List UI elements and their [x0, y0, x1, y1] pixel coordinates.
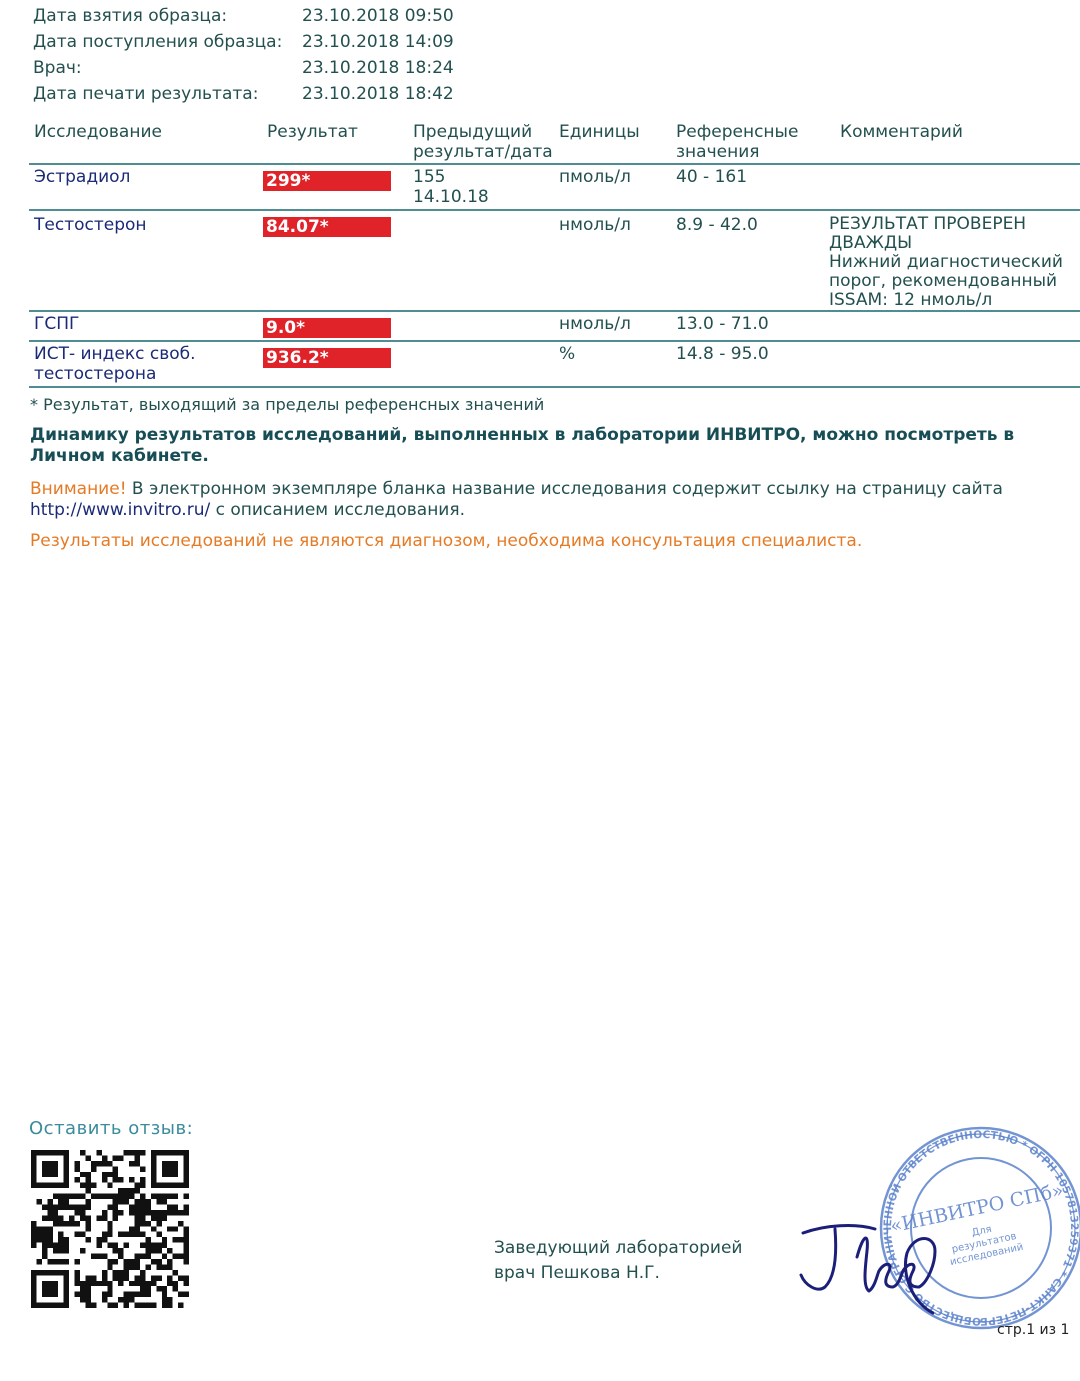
signature-icon: [795, 1195, 975, 1315]
table-header: Исследование Результат Предыдущий резуль…: [29, 119, 1080, 165]
meta-value: 23.10.2018 14:09: [302, 29, 454, 55]
comment-line: ISSAM: 12 нмоль/л: [829, 290, 992, 310]
test-link-free-androgen-index[interactable]: ИСТ- индекс своб. тестостерона: [34, 344, 196, 384]
attention-text: В электронном экземпляре бланка название…: [127, 479, 1003, 499]
header-comment: Комментарий: [840, 122, 963, 142]
result-flag: 936.2*: [263, 348, 391, 368]
page-number: стр.1 из 1: [997, 1322, 1069, 1338]
meta-value: 23.10.2018 18:42: [302, 81, 454, 107]
meta-row-sample-received: Дата поступления образца: 23.10.2018 14:…: [33, 29, 454, 55]
feedback-label: Оставить отзыв:: [29, 1118, 193, 1139]
test-link-estradiol[interactable]: Эстрадиол: [34, 167, 130, 187]
table-row: ГСПГ 9.0* нмоль/л 13.0 - 71.0: [29, 312, 1080, 342]
table-row: Тестостерон 84.07* нмоль/л 8.9 - 42.0 РЕ…: [29, 211, 1080, 312]
header-reference-line2: значения: [676, 142, 759, 162]
previous-result: 155 14.10.18: [413, 167, 489, 207]
invitro-link[interactable]: http://www.invitro.ru/: [30, 500, 210, 520]
meta-row-doctor: Врач: 23.10.2018 18:24: [33, 55, 454, 81]
dynamics-notice: Динамику результатов исследований, выпол…: [30, 425, 1040, 467]
units: нмоль/л: [559, 215, 631, 235]
units: %: [559, 344, 575, 364]
table-row: ИСТ- индекс своб. тестостерона 936.2* % …: [29, 342, 1080, 388]
comment-line: ДВАЖДЫ: [829, 233, 912, 253]
result-flag: 84.07*: [263, 217, 391, 237]
previous-value: 155: [413, 167, 445, 187]
header-result: Результат: [267, 122, 358, 142]
meta-label: Врач:: [33, 55, 302, 81]
test-link-testosterone[interactable]: Тестостерон: [34, 215, 147, 235]
test-link-shbg[interactable]: ГСПГ: [34, 314, 79, 334]
header-test: Исследование: [34, 122, 162, 142]
header-previous-line2: результат/дата: [413, 142, 553, 162]
units: нмоль/л: [559, 314, 631, 334]
meta-label: Дата печати результата:: [33, 81, 302, 107]
previous-date: 14.10.18: [413, 187, 489, 207]
reference-range: 14.8 - 95.0: [676, 344, 769, 364]
feedback-qr-code[interactable]: [31, 1150, 189, 1308]
attention-label: Внимание!: [30, 479, 127, 499]
sample-metadata: Дата взятия образца: 23.10.2018 09:50 Да…: [33, 3, 454, 107]
comment-line: РЕЗУЛЬТАТ ПРОВЕРЕН: [829, 214, 1026, 234]
header-previous: Предыдущий результат/дата: [413, 122, 553, 162]
disclaimer: Результаты исследований не являются диаг…: [30, 531, 862, 551]
header-units: Единицы: [559, 122, 640, 142]
header-reference: Референсные значения: [676, 122, 798, 162]
header-reference-line1: Референсные: [676, 122, 798, 142]
test-name-line1: ИСТ- индекс своб.: [34, 344, 196, 364]
test-name-line2: тестостерона: [34, 364, 156, 384]
comment: РЕЗУЛЬТАТ ПРОВЕРЕН ДВАЖДЫ Нижний диагнос…: [829, 215, 1069, 310]
result-flag: 299*: [263, 171, 391, 191]
result-flag: 9.0*: [263, 318, 391, 338]
reference-range: 13.0 - 71.0: [676, 314, 769, 334]
header-previous-line1: Предыдущий: [413, 122, 532, 142]
meta-row-printed: Дата печати результата: 23.10.2018 18:42: [33, 81, 454, 107]
signer-name: врач Пешкова Н.Г.: [494, 1261, 742, 1286]
attention-tail: с описанием исследования.: [210, 500, 465, 520]
signer-block: Заведующий лабораторией врач Пешкова Н.Г…: [494, 1236, 742, 1286]
comment-line: Нижний диагностический: [829, 252, 1063, 272]
meta-label: Дата взятия образца:: [33, 3, 302, 29]
table-row: Эстрадиол 299* 155 14.10.18 пмоль/л 40 -…: [29, 165, 1080, 211]
footnote: * Результат, выходящий за пределы рефере…: [30, 395, 544, 414]
meta-value: 23.10.2018 09:50: [302, 3, 454, 29]
comment-line: порог, рекомендованный: [829, 271, 1057, 291]
reference-range: 8.9 - 42.0: [676, 215, 758, 235]
reference-range: 40 - 161: [676, 167, 747, 187]
meta-label: Дата поступления образца:: [33, 29, 302, 55]
units: пмоль/л: [559, 167, 631, 187]
meta-value: 23.10.2018 18:24: [302, 55, 454, 81]
signer-title: Заведующий лабораторией: [494, 1236, 742, 1261]
results-table: Исследование Результат Предыдущий резуль…: [29, 119, 1080, 388]
meta-row-sample-taken: Дата взятия образца: 23.10.2018 09:50: [33, 3, 454, 29]
attention-notice: Внимание! В электронном экземпляре бланк…: [30, 479, 1040, 521]
